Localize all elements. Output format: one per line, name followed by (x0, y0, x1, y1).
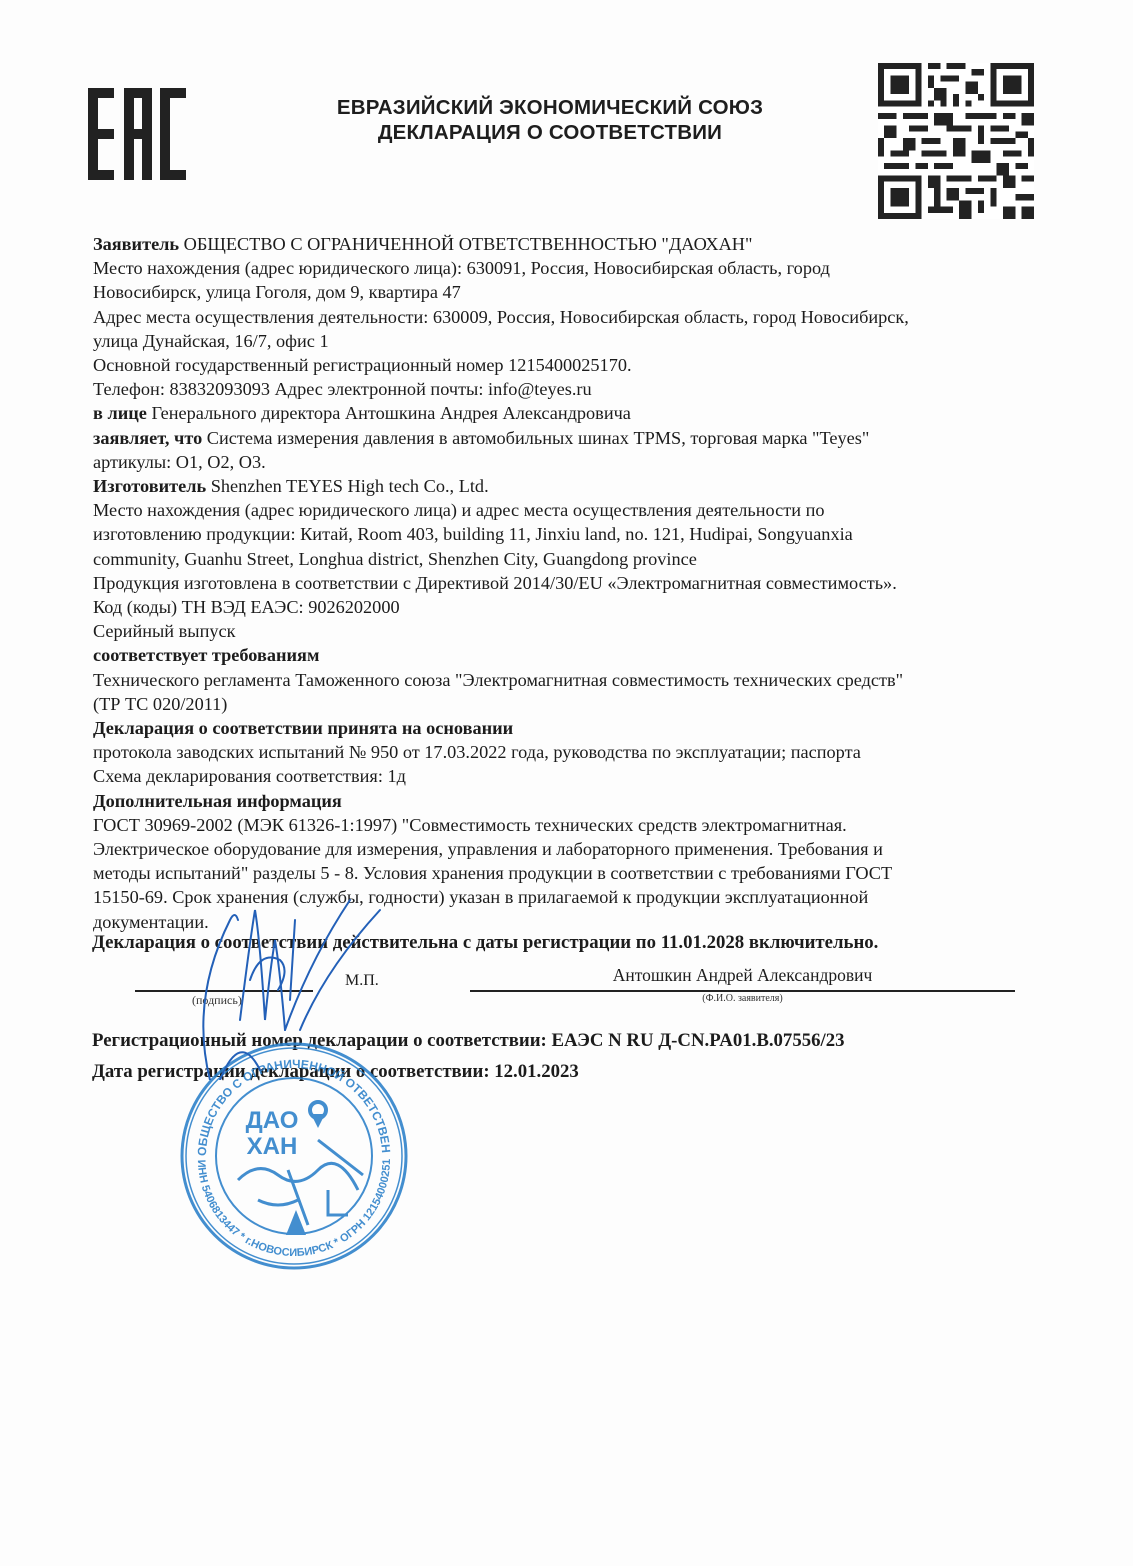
eac-letter-a (124, 88, 152, 180)
title-line-union: ЕВРАЗИЙСКИЙ ЭКОНОМИЧЕСКИЙ СОЮЗ (270, 95, 830, 120)
scheme-line: Схема декларирования соответствия: 1д (93, 764, 1023, 788)
activity-address-line-2: улица Дунайская, 16/7, офис 1 (93, 329, 1023, 353)
declares-label: заявляет, что (93, 428, 202, 448)
declares-line: заявляет, что Система измерения давления… (93, 426, 1023, 450)
qr-code-icon[interactable] (878, 62, 1034, 220)
product-articles: артикулы: O1, O2, O3. (93, 450, 1023, 474)
basis-line-1: протокола заводских испытаний № 950 от 1… (93, 740, 1023, 764)
applicant-label: Заявитель (93, 234, 179, 254)
compliance-heading: соответствует требованиям (93, 643, 1023, 667)
legal-address-line-1: Место нахождения (адрес юридического лиц… (93, 256, 1023, 280)
additional-heading: Дополнительная информация (93, 789, 1023, 813)
signer-name-line (470, 990, 1015, 992)
basis-heading: Декларация о соответствии принята на осн… (93, 716, 1023, 740)
additional-line-2: Электрическое оборудование для измерения… (93, 837, 1023, 861)
compliance-line-1: Технического регламента Таможенного союз… (93, 668, 1023, 692)
manufacturer-name: Shenzhen TEYES High tech Co., Ltd. (206, 476, 488, 496)
document-title: ЕВРАЗИЙСКИЙ ЭКОНОМИЧЕСКИЙ СОЮЗ ДЕКЛАРАЦИ… (270, 95, 830, 145)
eac-letter-e (88, 88, 116, 180)
stamp-center-line-2: ХАН (247, 1133, 298, 1160)
handwritten-signature-icon (150, 880, 390, 1080)
represented-line: в лице Генерального директора Антошкина … (93, 401, 1023, 425)
hs-code-line: Код (коды) ТН ВЭД ЕАЭС: 9026202000 (93, 595, 1023, 619)
product-description: Система измерения давления в автомобильн… (202, 428, 869, 448)
signer-name: Антошкин Андрей Александрович (470, 965, 1015, 986)
ogrn-line: Основной государственный регистрационный… (93, 353, 1023, 377)
additional-line-1: ГОСТ 30969-2002 (МЭК 61326-1:1997) "Совм… (93, 813, 1023, 837)
production-type: Серийный выпуск (93, 619, 1023, 643)
activity-address-line-1: Адрес места осуществления деятельности: … (93, 305, 1023, 329)
manufacturer-address-line-1: Место нахождения (адрес юридического лиц… (93, 498, 1023, 522)
title-line-declaration: ДЕКЛАРАЦИЯ О СООТВЕТСТВИИ (270, 120, 830, 145)
contacts-line: Телефон: 83832093093 Адрес электронной п… (93, 377, 1023, 401)
eac-letter-c (160, 88, 188, 180)
represented-by: Генерального директора Антошкина Андрея … (147, 403, 631, 423)
compliance-line-2: (ТР ТС 020/2011) (93, 692, 1023, 716)
directive-line: Продукция изготовлена в соответствии с Д… (93, 571, 1023, 595)
legal-address-line-2: Новосибирск, улица Гоголя, дом 9, кварти… (93, 280, 1023, 304)
applicant-name: ОБЩЕСТВО С ОГРАНИЧЕННОЙ ОТВЕТСТВЕННОСТЬЮ… (179, 234, 752, 254)
manufacturer-line: Изготовитель Shenzhen TEYES High tech Co… (93, 474, 1023, 498)
eac-logo (88, 88, 188, 180)
manufacturer-address-line-2: изготовлению продукции: Китай, Room 403,… (93, 522, 1023, 546)
location-pin-icon (310, 1102, 326, 1128)
manufacturer-address-line-3: community, Guanhu Street, Longhua distri… (93, 547, 1023, 571)
stamp-center-line-1: ДАО (246, 1107, 299, 1134)
represented-label: в лице (93, 403, 147, 423)
declaration-body: Заявитель ОБЩЕСТВО С ОГРАНИЧЕННОЙ ОТВЕТС… (93, 232, 1023, 934)
signer-caption: (Ф.И.О. заявителя) (470, 993, 1015, 1004)
manufacturer-label: Изготовитель (93, 476, 206, 496)
applicant-line: Заявитель ОБЩЕСТВО С ОГРАНИЧЕННОЙ ОТВЕТС… (93, 232, 1023, 256)
